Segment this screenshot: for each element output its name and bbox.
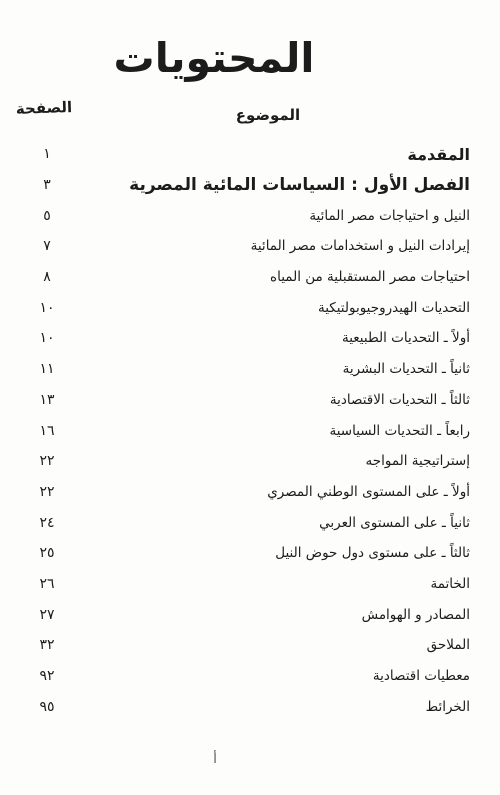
toc-entry-page-number: ٩٢ xyxy=(14,668,80,684)
toc-entry-title: الخرائط xyxy=(426,699,470,715)
toc-entry-title: المصادر و الهوامش xyxy=(362,607,470,623)
toc-entry-title: التحديات الهيدروجيوبولتيكية xyxy=(318,300,470,316)
toc-entry-page-number: ٢٤ xyxy=(14,515,80,531)
toc-entry-title: أولاً ـ على المستوى الوطني المصري xyxy=(267,484,470,500)
toc-entry-title: ثالثاً ـ التحديات الاقتصادية xyxy=(330,392,470,408)
toc-list: المقدمة ١ الفصل الأول : السياسات المائية… xyxy=(14,139,470,722)
toc-entry-page-number: ١١ xyxy=(14,361,80,377)
column-header-subject: الموضوع xyxy=(230,106,306,124)
toc-entry-title: إستراتيجية المواجه xyxy=(366,453,470,469)
page-footer-marker: أ xyxy=(0,752,430,767)
toc-entry-page-number: ٣٢ xyxy=(14,637,80,653)
toc-entry-page-number: ٢٢ xyxy=(14,484,80,500)
toc-entry-page-number: ١٦ xyxy=(14,423,80,439)
toc-row: إيرادات النيل و استخدامات مصر المائية ٧ xyxy=(14,231,470,262)
toc-entry-page-number: ٢٧ xyxy=(14,607,80,623)
toc-entry-page-number: ١٣ xyxy=(14,392,80,408)
toc-entry-title: الخاتمة xyxy=(431,576,471,592)
column-header-page: الصفحة xyxy=(8,98,81,119)
toc-row: الخرائط ٩٥ xyxy=(14,691,470,722)
toc-row: الملاحق ٣٢ xyxy=(14,630,470,661)
toc-entry-title: احتياجات مصر المستقبلية من المياه xyxy=(270,269,470,285)
toc-entry-title: النيل و احتياجات مصر المائية xyxy=(309,208,470,224)
toc-row: احتياجات مصر المستقبلية من المياه ٨ xyxy=(14,262,470,293)
toc-row: التحديات الهيدروجيوبولتيكية ١٠ xyxy=(14,292,470,323)
toc-row: الفصل الأول : السياسات المائية المصرية ٣ xyxy=(14,170,470,201)
toc-row: رابعاً ـ التحديات السياسية ١٦ xyxy=(14,415,470,446)
page-title: المحتويات xyxy=(0,34,428,82)
toc-row: المقدمة ١ xyxy=(14,139,470,170)
toc-entry-title: الملاحق xyxy=(427,637,470,653)
toc-entry-page-number: ٨ xyxy=(14,269,80,285)
toc-entry-page-number: ١٠ xyxy=(14,330,80,346)
scanned-toc-page: المحتويات الموضوع الصفحة المقدمة ١ الفصل… xyxy=(0,0,500,795)
toc-row: إستراتيجية المواجه ٢٢ xyxy=(14,446,470,477)
toc-row: النيل و احتياجات مصر المائية ٥ xyxy=(14,200,470,231)
toc-entry-page-number: ٩٥ xyxy=(14,699,80,715)
toc-entry-title: أولاً ـ التحديات الطبيعية xyxy=(342,330,470,346)
toc-entry-page-number: ٥ xyxy=(14,208,80,224)
toc-entry-title: إيرادات النيل و استخدامات مصر المائية xyxy=(251,238,470,254)
toc-row: ثانياً ـ على المستوى العربي ٢٤ xyxy=(14,507,470,538)
toc-entry-title: معطيات اقتصادية xyxy=(373,668,470,684)
toc-entry-page-number: ٢٥ xyxy=(14,545,80,561)
toc-row: أولاً ـ التحديات الطبيعية ١٠ xyxy=(14,323,470,354)
toc-entry-title: رابعاً ـ التحديات السياسية xyxy=(329,423,470,439)
toc-entry-page-number: ٢٦ xyxy=(14,576,80,592)
toc-entry-page-number: ١ xyxy=(14,146,80,162)
toc-entry-title: ثانياً ـ التحديات البشرية xyxy=(343,361,470,377)
toc-entry-title: الفصل الأول : السياسات المائية المصرية xyxy=(129,175,470,195)
toc-row: المصادر و الهوامش ٢٧ xyxy=(14,599,470,630)
toc-row: معطيات اقتصادية ٩٢ xyxy=(14,661,470,692)
toc-entry-page-number: ٧ xyxy=(14,238,80,254)
toc-entry-page-number: ١٠ xyxy=(14,300,80,316)
toc-entry-title: ثانياً ـ على المستوى العربي xyxy=(319,515,470,531)
toc-row: أولاً ـ على المستوى الوطني المصري ٢٢ xyxy=(14,477,470,508)
toc-row: ثالثاً ـ على مستوى دول حوض النيل ٢٥ xyxy=(14,538,470,569)
toc-row: ثانياً ـ التحديات البشرية ١١ xyxy=(14,354,470,385)
toc-entry-title: المقدمة xyxy=(407,145,470,164)
toc-row: الخاتمة ٢٦ xyxy=(14,569,470,600)
toc-entry-title: ثالثاً ـ على مستوى دول حوض النيل xyxy=(275,545,470,561)
toc-row: ثالثاً ـ التحديات الاقتصادية ١٣ xyxy=(14,385,470,416)
toc-entry-page-number: ٢٢ xyxy=(14,453,80,469)
toc-entry-page-number: ٣ xyxy=(14,177,80,193)
